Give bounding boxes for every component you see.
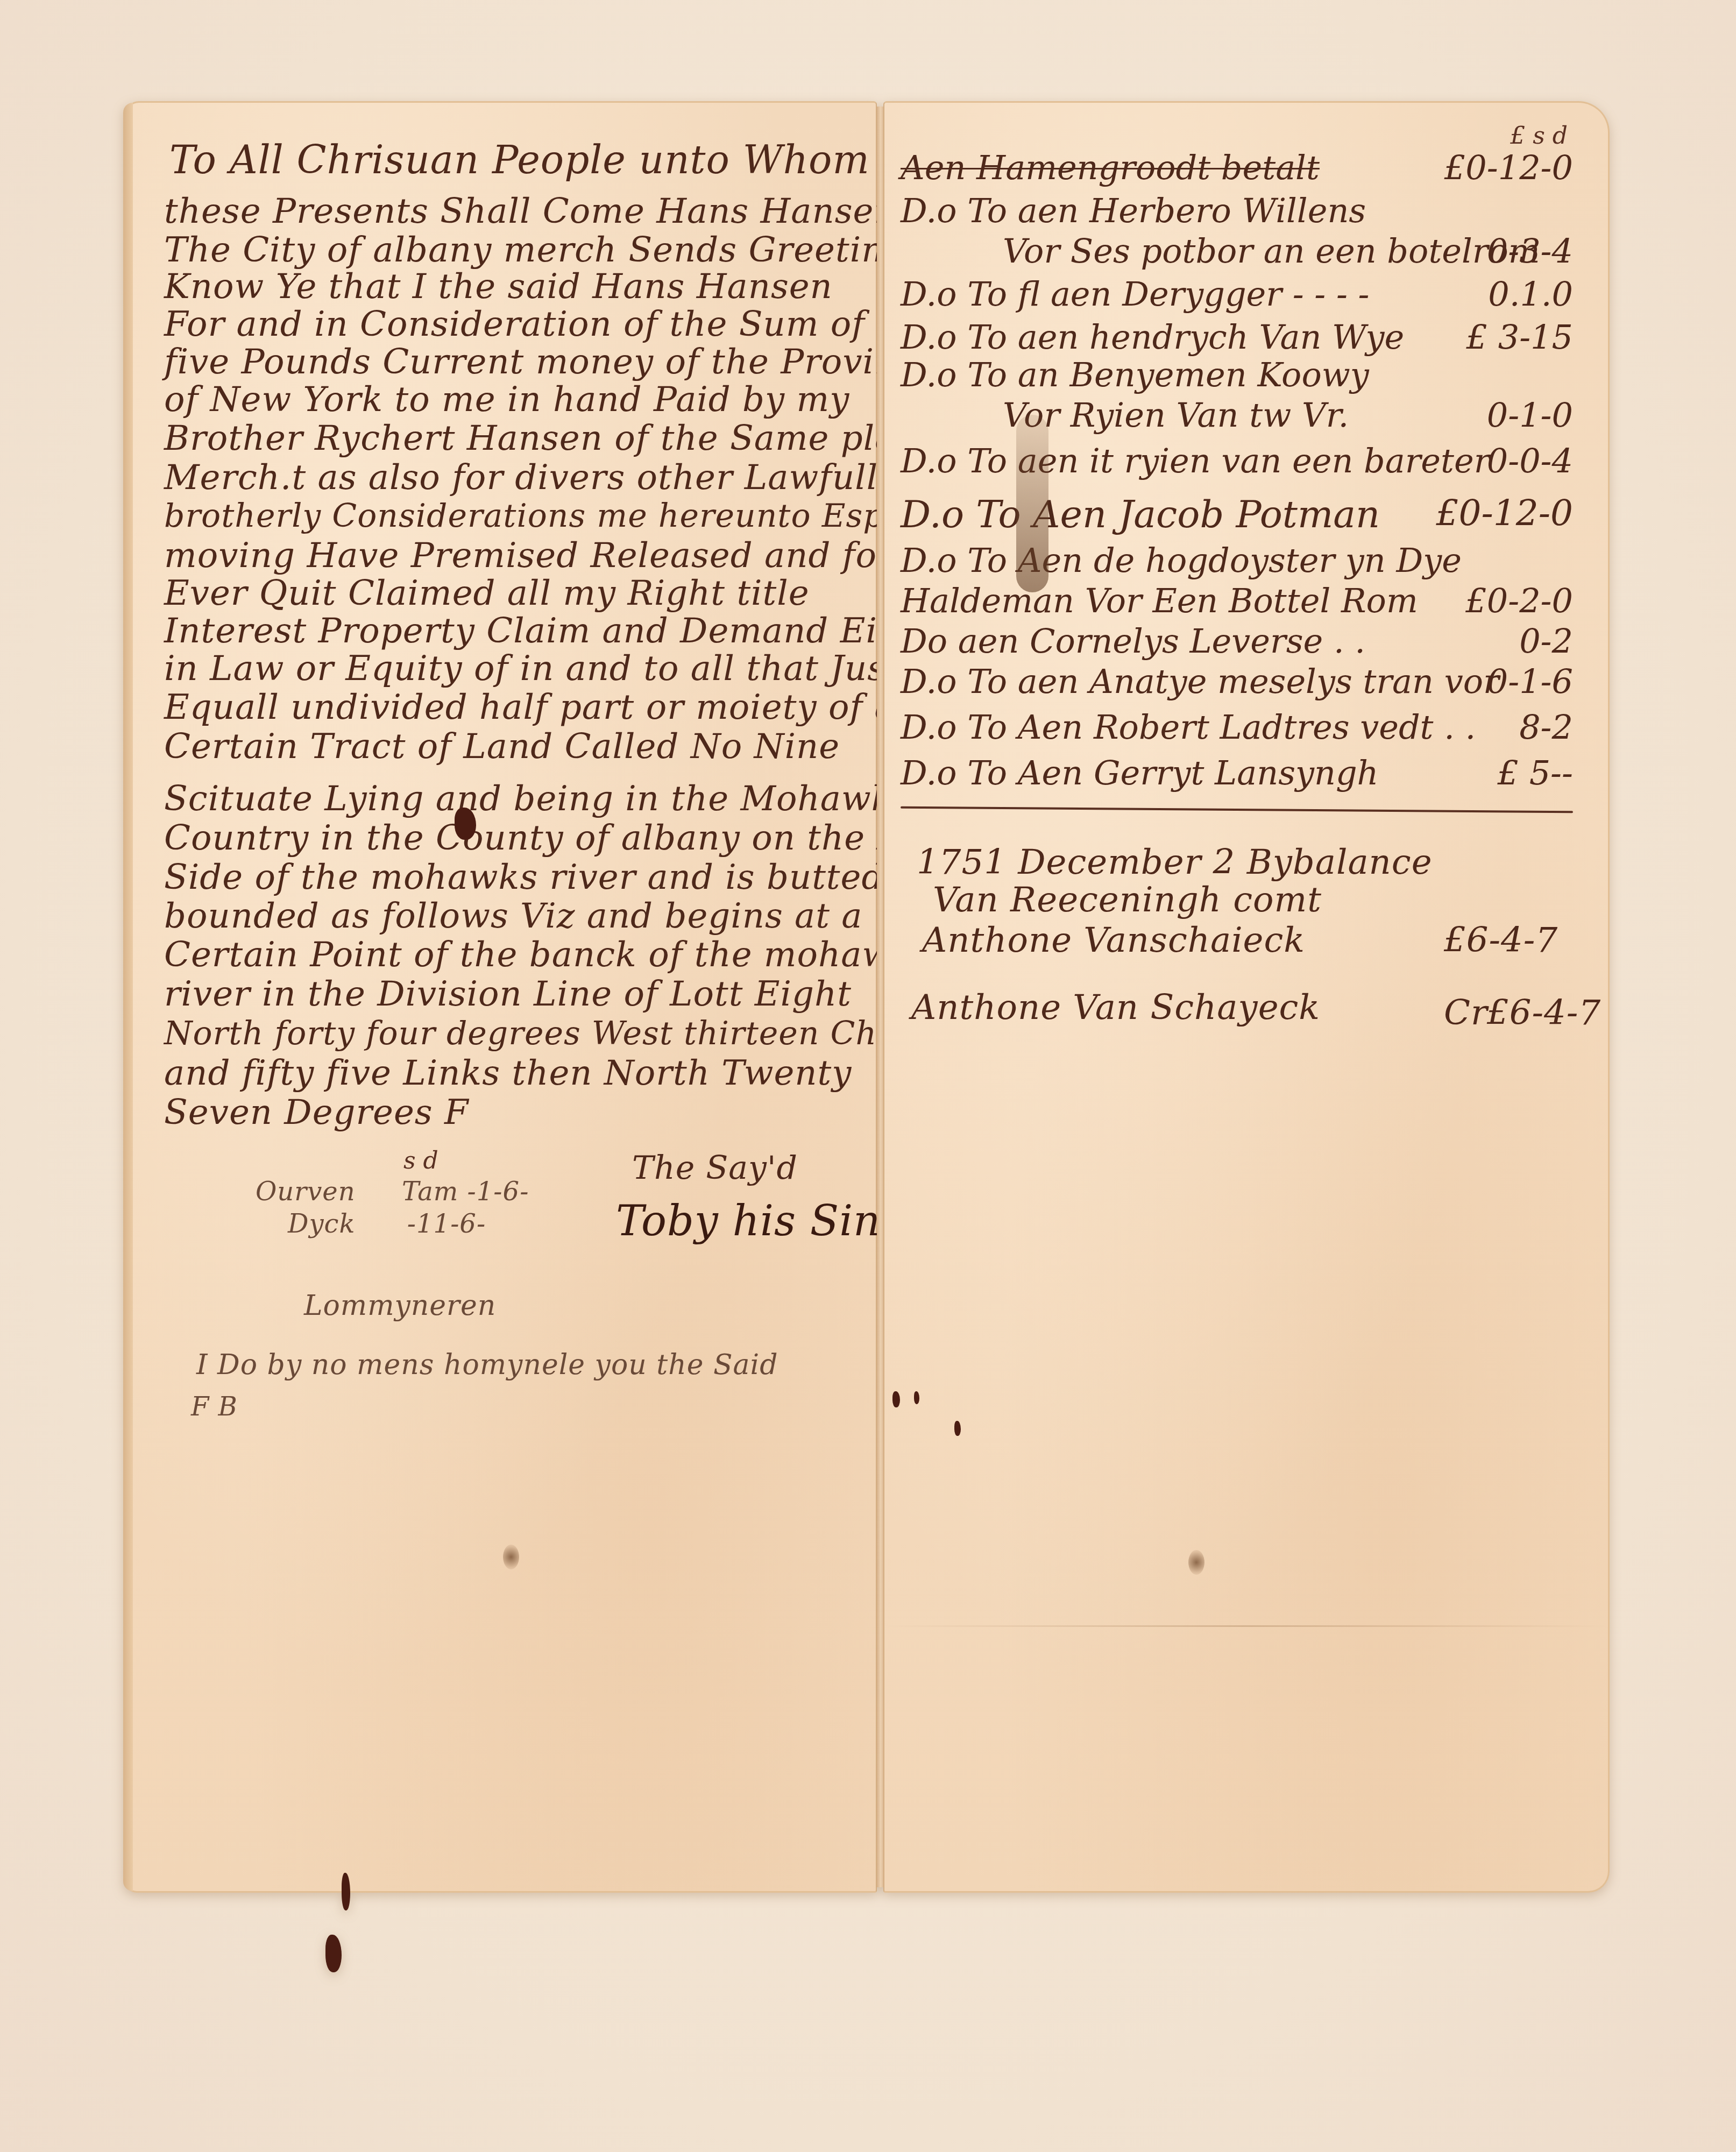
ledger-amount: £0-2-0: [1465, 584, 1573, 618]
signature-said: The Say'd: [632, 1152, 798, 1184]
closing-heading: Lommyneren: [304, 1292, 496, 1320]
water-stain: [1188, 1550, 1204, 1575]
deed-line: Equall undivided half part or moiety of …: [164, 690, 896, 725]
manuscript-booklet: To All Chrisuan People unto Whom these P…: [125, 101, 1610, 1893]
deed-line: Scituate Lying and being in the Mohawks: [164, 782, 911, 816]
deed-line: brotherly Considerations me hereunto Esp…: [164, 500, 994, 532]
deed-line: Certain Tract of Land Called No Nine: [164, 730, 840, 764]
balance-amount: £6-4-7: [1444, 923, 1558, 958]
ledger-desc: D.o To Aen Gerryt Lansyngh: [901, 756, 1379, 790]
ledger-entry: D.o To Aen Gerryt Lansyngh £ 5--: [901, 756, 1573, 805]
ledger-amount: £ 3-15: [1466, 321, 1573, 354]
deed-line: Ever Quit Claimed all my Right title: [164, 576, 810, 611]
deed-line: these Presents Shall Come Hans Hansen of: [164, 194, 943, 229]
tally-amount: -1-6-: [467, 1177, 529, 1207]
balance-line: 1751 December 2 Bybalance: [917, 845, 1433, 880]
ledger: £ s d Aen Hamengroodt betalt £0-12-0 D.o…: [901, 103, 1573, 1891]
ledger-amount: £ 5--: [1498, 756, 1574, 790]
ledger-amount: 0.1.0: [1488, 278, 1573, 311]
deed-text: To All Chrisuan People unto Whom these P…: [164, 103, 869, 1891]
tally-label: Tam: [402, 1177, 458, 1207]
ink-blot: [954, 1421, 961, 1436]
ledger-desc: D.o To Aen Robert Ladtres vedt . .: [901, 711, 1476, 744]
credit-label: Cr: [1444, 996, 1488, 1030]
ledger-amount: 8-2: [1519, 711, 1573, 744]
ledger-amount: 0-3-4: [1487, 235, 1573, 268]
ledger-desc: D.o To an Benyemen Koowy: [901, 358, 1369, 392]
deed-line: Brother Rychert Hansen of the Same place: [164, 421, 937, 456]
ledger-entry: D.o To aen it ryien van een bareter 0-0-…: [901, 444, 1573, 493]
water-stain: [503, 1545, 519, 1569]
tally-name: Dyck: [288, 1209, 356, 1239]
ledger-desc: Aen Hamengroodt betalt: [901, 151, 1320, 185]
ledger-desc: D.o To aen it ryien van een bareter: [901, 444, 1490, 478]
ink-drip-stain: [1016, 415, 1048, 592]
ledger-desc: Vor Ses potbor an een botelrom: [1003, 235, 1540, 268]
deed-line: Certain Point of the banck of the mohawk…: [164, 938, 932, 972]
ledger-desc: D.o To fl aen Derygger - - - -: [901, 278, 1370, 311]
ledger-amount: 0-1-0: [1487, 399, 1573, 432]
deed-line: Know Ye that I the said Hans Hansen: [164, 270, 833, 304]
deed-line: The City of albany merch Sends Greetings: [164, 233, 925, 267]
deed-line: river in the Division Line of Lott Eight: [164, 977, 852, 1011]
ledger-amount: 0-2: [1519, 625, 1573, 658]
deed-line: To All Chrisuan People unto Whom: [169, 140, 870, 179]
deed-line: North forty four degrees West thirteen C…: [164, 1017, 946, 1050]
deed-line: Country in the County of albany on the N…: [164, 821, 982, 855]
balance-line: Van Reeceningh comt: [933, 883, 1322, 917]
ledger-entry: D.o To aen Anatye meselys tran vor 0-1-6: [901, 665, 1573, 713]
credit-name: Anthone Van Schayeck: [911, 990, 1320, 1025]
ledger-column-header: £ s d: [1510, 124, 1568, 148]
closing-initials: F B: [191, 1394, 238, 1420]
deed-line: and fifty five Links then North Twenty: [164, 1056, 852, 1091]
deed-line: Side of the mohawks river and is butted …: [164, 860, 962, 895]
ledger-amount: £0-12-0: [1444, 151, 1573, 185]
deed-line: Merch.t as also for divers other Lawfull…: [164, 461, 956, 495]
deed-line: moving Have Premised Released and for: [164, 539, 894, 573]
deed-line: For and in Consideration of the Sum of: [164, 307, 865, 342]
ledger-amount: 0-1-6: [1487, 665, 1573, 698]
deed-line: in Law or Equity of in and to all that J…: [164, 652, 900, 686]
ledger-desc: D.o To aen Herbero Willens: [901, 194, 1366, 228]
ledger-desc: Do aen Cornelys Leverse . .: [901, 625, 1365, 658]
tally-row: Ourven Tam -1-6-: [256, 1179, 529, 1205]
deed-line: of New York to me in hand Paid by my: [164, 383, 849, 417]
left-page: To All Chrisuan People unto Whom these P…: [125, 101, 877, 1893]
ink-blot: [914, 1391, 919, 1404]
right-page: £ s d Aen Hamengroodt betalt £0-12-0 D.o…: [883, 101, 1610, 1893]
ledger-entry: D.o To Aen Jacob Potman £0-12-0: [901, 495, 1573, 544]
ledger-desc: Vor Ryien Van tw Vr.: [1003, 399, 1349, 432]
ledger-desc: D.o To Aen de hogdoyster yn Dye: [901, 544, 1462, 577]
ink-blot: [892, 1391, 900, 1407]
balance-line: Anthone Vanschaieck: [922, 923, 1305, 958]
tally-amount: -11-6-: [407, 1209, 486, 1239]
ledger-desc: D.o To aen hendrych Van Wye: [901, 321, 1404, 354]
tally-name: Ourven: [256, 1177, 356, 1207]
ledger-entry: D.o To Aen Robert Ladtres vedt . . 8-2: [901, 711, 1573, 759]
ledger-desc: Haldeman Vor Een Bottel Rom: [901, 584, 1418, 618]
signature-name: Toby his Sing: [616, 1200, 908, 1242]
deed-line: bounded as follows Viz and begins at a: [164, 899, 862, 933]
closing-sentence: I Do by no mens homynele you the Said: [196, 1351, 778, 1379]
deed-line: Seven Degrees F: [164, 1095, 469, 1130]
total-rule: [901, 806, 1573, 813]
deed-line: Interest Property Claim and Demand Eithe…: [164, 614, 952, 648]
ledger-desc: D.o To aen Anatye meselys tran vor: [901, 665, 1499, 698]
ledger-desc: D.o To Aen Jacob Potman: [901, 495, 1380, 533]
credit-amount: £6-4-7: [1487, 996, 1601, 1030]
ledger-amount: 0-0-4: [1487, 444, 1573, 478]
ledger-amount: £0-12-0: [1436, 495, 1573, 531]
tally-row: Dyck -11-6-: [288, 1211, 486, 1237]
ledger-entry: Vor Ryien Van tw Vr. 0-1-0: [901, 399, 1573, 447]
tally-sd-header: s d: [403, 1149, 438, 1173]
deed-line: five Pounds Current money of the Provinc…: [164, 345, 938, 379]
